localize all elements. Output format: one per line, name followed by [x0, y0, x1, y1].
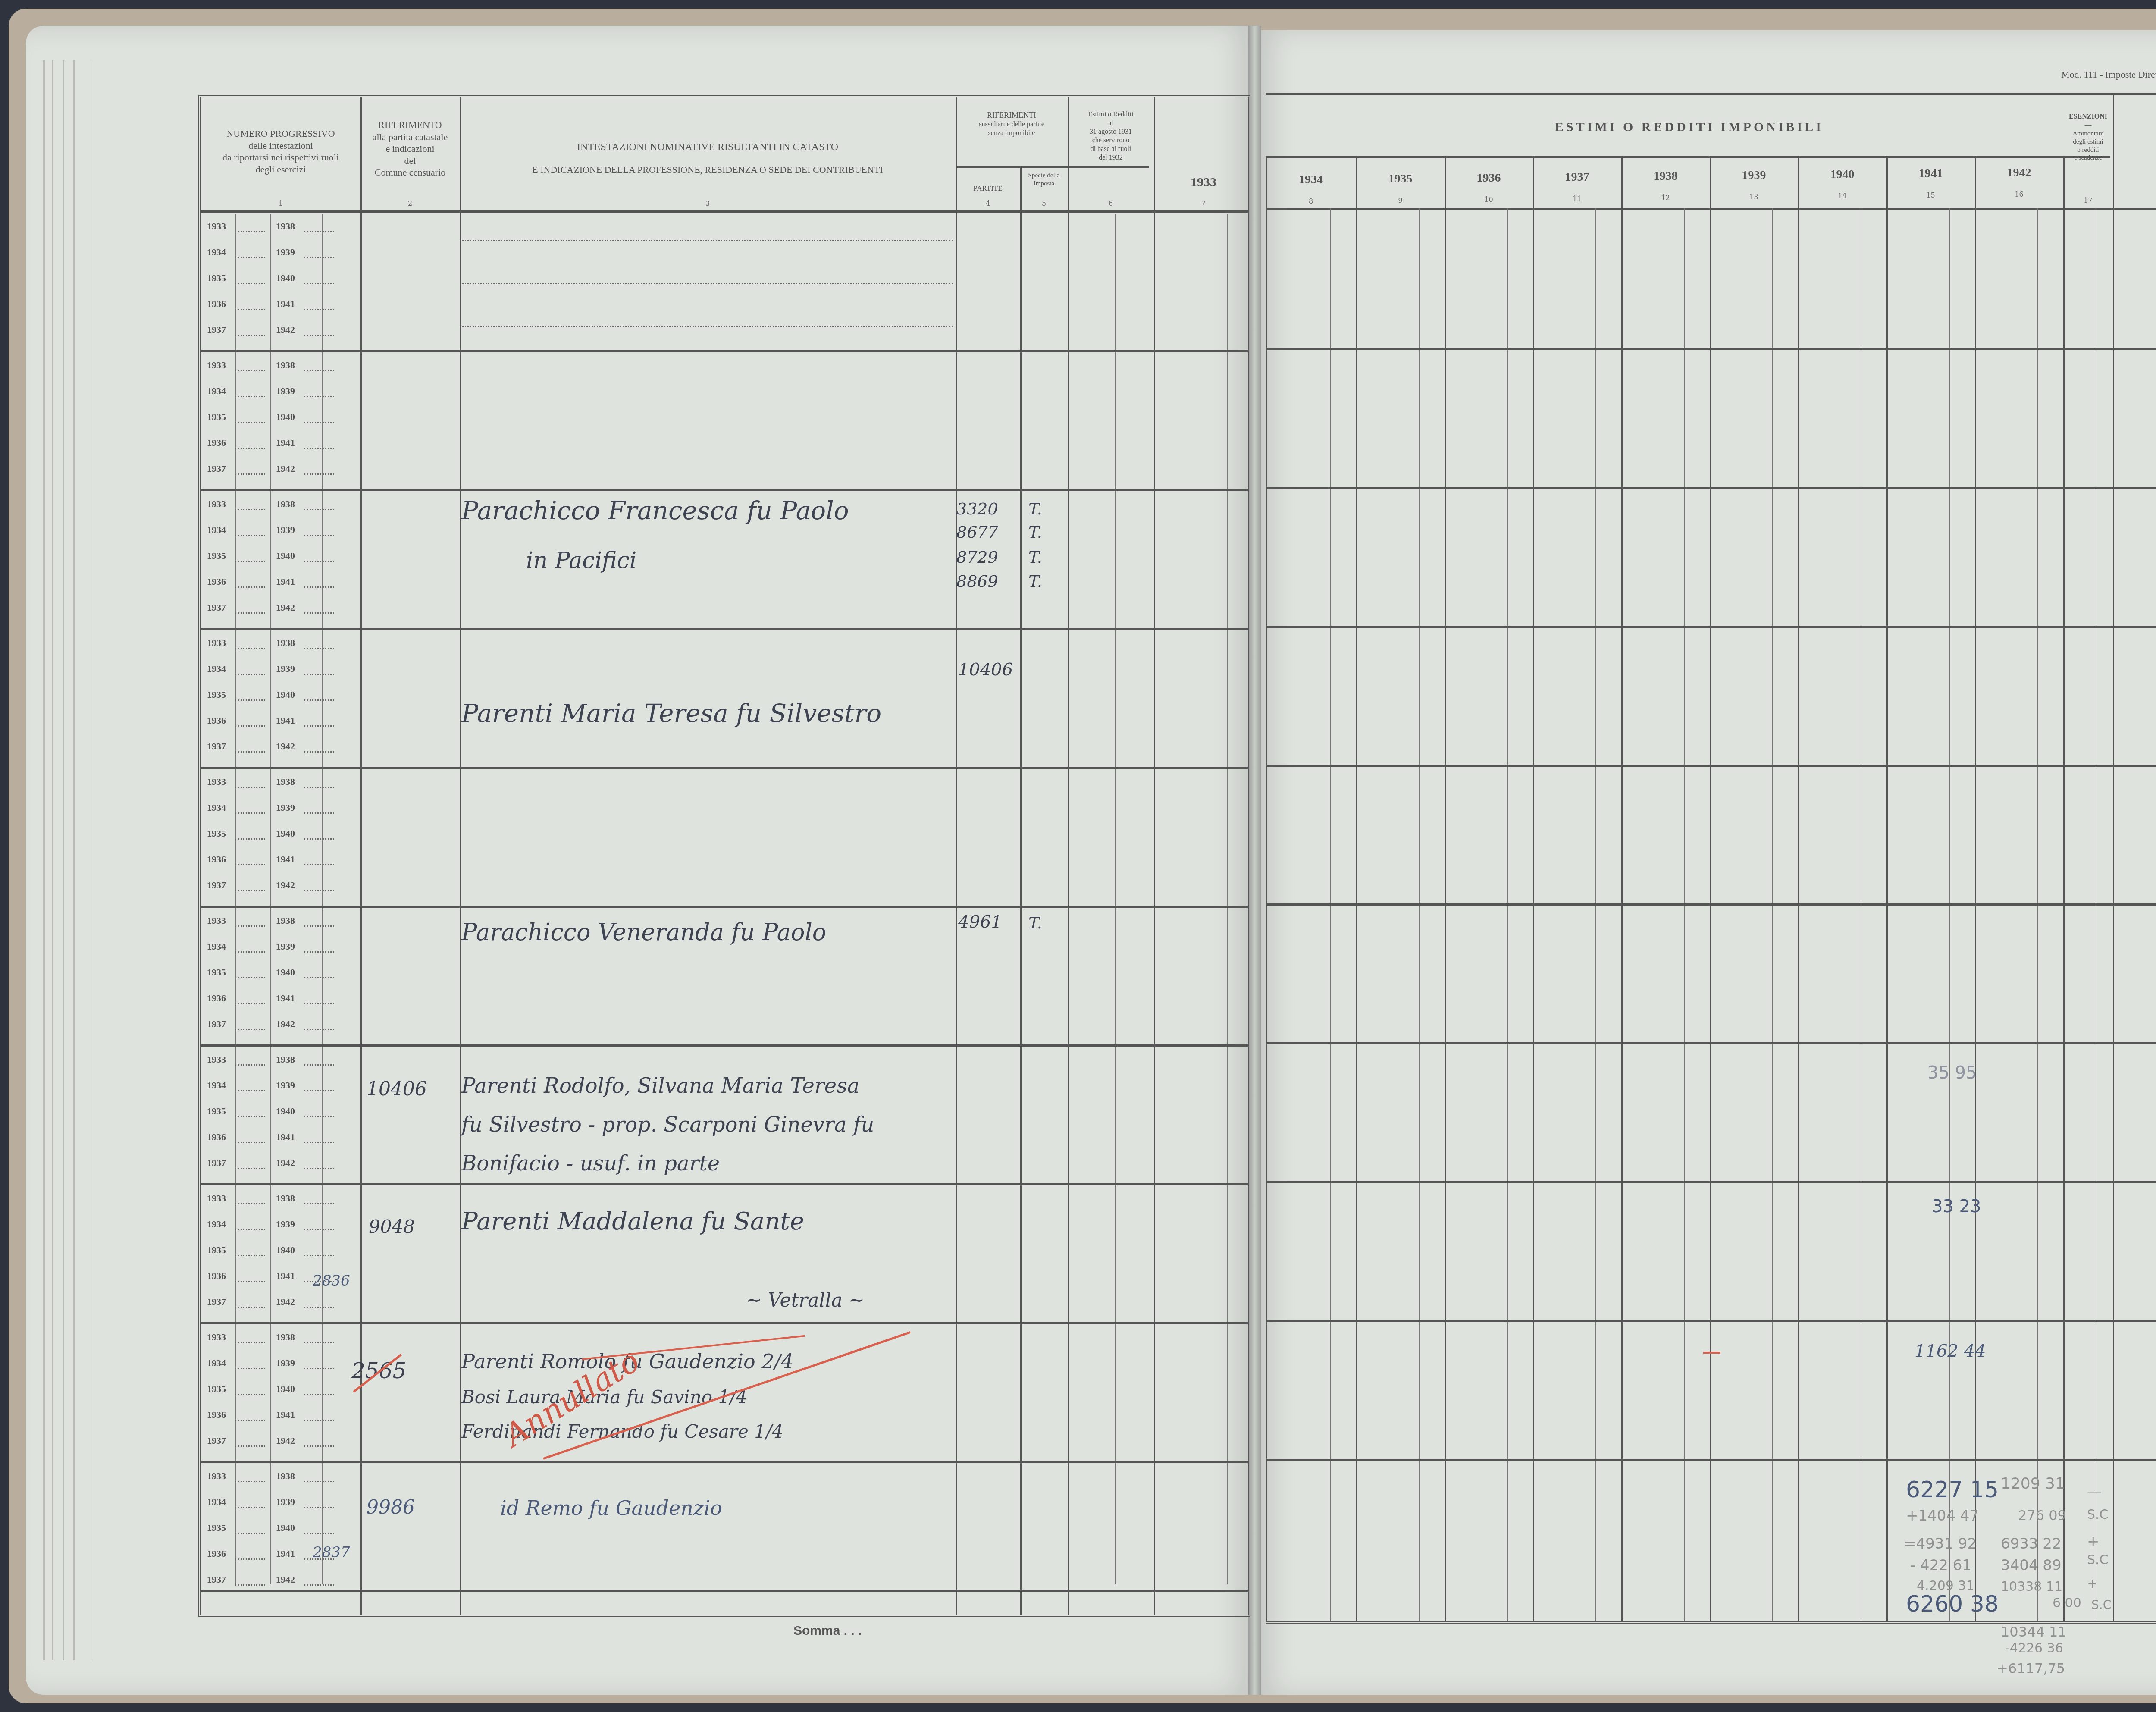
row-separator	[1266, 1320, 2156, 1322]
year-dotted-leader	[235, 309, 265, 310]
year-dotted-leader	[235, 370, 265, 371]
year-dotted-leader	[235, 977, 265, 978]
year-dotted-leader	[304, 473, 334, 475]
col-divider	[1154, 97, 1155, 1615]
year-label: 1941	[276, 1548, 295, 1559]
year-label: 1933	[207, 221, 226, 232]
year-dotted-leader	[304, 586, 334, 588]
year-dotted-leader	[235, 1342, 265, 1343]
year-dotted-leader	[304, 977, 334, 978]
year-dotted-leader	[235, 925, 265, 927]
row-separator	[201, 906, 1248, 908]
entry-ref-number: 10406	[367, 1078, 427, 1100]
col-divider	[1356, 156, 1357, 1621]
year-label: 1941	[276, 1132, 295, 1143]
year-label: 1933	[207, 776, 226, 787]
col-divider	[1068, 97, 1069, 1615]
year-label: 1938	[276, 221, 295, 232]
page-edge	[52, 60, 53, 1660]
header-annotazioni: ANNOTAZIONI	[2113, 143, 2156, 156]
year-dotted-leader	[304, 787, 334, 788]
year-dotted-leader	[304, 1142, 334, 1143]
year-dotted-leader	[304, 1116, 334, 1117]
year-label: 1940	[276, 828, 295, 839]
row-separator	[201, 1183, 1248, 1185]
year-dotted-leader	[304, 612, 334, 614]
year-dotted-leader	[304, 309, 334, 310]
year-dotted-leader	[235, 448, 265, 449]
pencil-calc: —	[2087, 1483, 2102, 1501]
year-label: 1939	[276, 1080, 295, 1091]
entry-name-line: Parachicco Veneranda fu Paolo	[461, 919, 826, 946]
year-dotted-leader	[304, 396, 334, 397]
cents-divider	[1772, 208, 1773, 1621]
year-dotted-leader	[304, 335, 334, 336]
partita-number: 10406	[958, 660, 1013, 680]
row-separator	[1266, 1181, 2156, 1183]
row-separator	[201, 1461, 1248, 1463]
year-label: 1937	[207, 880, 226, 891]
year-label: 1937	[207, 1019, 226, 1030]
year-dotted-leader	[304, 422, 334, 423]
header-divider	[201, 210, 1248, 213]
year-dotted-leader	[235, 1533, 265, 1534]
cents-divider	[1330, 208, 1331, 1621]
year-label: 1939	[276, 247, 295, 258]
pencil-calc: =4931 92	[1904, 1535, 1977, 1552]
group-header-divider	[1266, 156, 2110, 158]
col-number: 11	[1533, 194, 1621, 203]
year-dotted-leader	[235, 535, 265, 536]
pencil-calc: S.C	[2087, 1552, 2109, 1568]
year-dotted-leader	[235, 1142, 265, 1143]
year-label: 1935	[207, 689, 226, 700]
year-dotted-leader	[304, 1481, 334, 1482]
year-dotted-leader	[235, 1116, 265, 1117]
year-label: 1940	[276, 273, 295, 284]
entry-name-line: Parenti Maddalena fu Sante	[461, 1207, 804, 1235]
header-specie-imposta: Specie della Imposta	[1020, 172, 1068, 188]
cents-divider	[2096, 208, 2096, 1621]
year-label: 1937	[207, 463, 226, 474]
cents-divider	[1861, 208, 1861, 1621]
year-label: 1940	[276, 689, 295, 700]
pencil-calc: - 422 61	[1910, 1557, 1971, 1574]
pencil-calc: 276 09	[2018, 1507, 2066, 1524]
year-dotted-leader	[304, 535, 334, 536]
side-number: 2836	[313, 1272, 350, 1289]
pencil-calc: 10338 11	[2001, 1579, 2062, 1594]
year-dotted-leader	[235, 473, 265, 475]
year-label: 1941	[276, 715, 295, 726]
year-dotted-leader	[235, 231, 265, 232]
cents-divider	[1949, 208, 1950, 1621]
row-separator	[1266, 1042, 2156, 1044]
year-dotted-leader	[304, 509, 334, 510]
year-dotted-leader	[235, 1281, 265, 1282]
cents-divider	[1507, 208, 1508, 1621]
partita-number: 8677	[956, 523, 998, 542]
year-label: 1936	[207, 993, 226, 1004]
year-dotted-leader	[304, 1507, 334, 1508]
year-dotted-leader	[304, 1533, 334, 1534]
header-year: 1936	[1445, 171, 1533, 185]
col-subdivider	[1227, 214, 1228, 1584]
header-year: 1939	[1710, 169, 1798, 182]
col-divider	[1887, 156, 1888, 1621]
header-estimi-1931: Estimi o Redditi al 31 agosto 1931 che s…	[1068, 110, 1154, 162]
specie-imposta: T.	[1028, 523, 1042, 542]
year-label: 1937	[207, 741, 226, 752]
year-label: 1938	[276, 360, 295, 371]
year-dotted-leader	[235, 1229, 265, 1230]
header-year: 1940	[1798, 168, 1887, 182]
year-label: 1935	[207, 1522, 226, 1533]
row-separator	[1266, 903, 2156, 906]
year-label: 1936	[207, 576, 226, 587]
ruling	[462, 283, 953, 284]
year-label: 1937	[207, 1157, 226, 1169]
year-dotted-leader	[235, 422, 265, 423]
year-label: 1933	[207, 1054, 226, 1065]
year-dotted-leader	[235, 1090, 265, 1091]
year-label: 1937	[207, 1574, 226, 1585]
year-label: 1942	[276, 602, 295, 613]
year-label: 1936	[207, 715, 226, 726]
year-dotted-leader	[235, 890, 265, 891]
year-dotted-leader	[235, 283, 265, 284]
year-label: 1934	[207, 247, 226, 258]
year-dotted-leader	[304, 1090, 334, 1091]
ruling	[462, 326, 953, 327]
page-edge	[63, 60, 64, 1660]
header-year: 1937	[1533, 170, 1621, 184]
col-number: 10	[1445, 195, 1533, 204]
header-riferimento: RIFERIMENTO alla partita catastale e ind…	[360, 119, 460, 179]
partita-number: 8869	[956, 572, 998, 591]
col-subdivider	[235, 214, 236, 1584]
year-dotted-leader	[304, 1229, 334, 1230]
col-number: 12	[1621, 194, 1710, 202]
side-number: 2837	[313, 1544, 350, 1561]
year-label: 1933	[207, 1332, 226, 1343]
year-dotted-leader	[304, 1445, 334, 1447]
year-dotted-leader	[304, 257, 334, 258]
col-number: 9	[1356, 196, 1445, 204]
value-1941: 33 23	[1932, 1197, 1981, 1217]
col-divider	[1798, 156, 1799, 1621]
year-label: 1933	[207, 637, 226, 649]
col-number: 2	[360, 199, 460, 207]
row-separator	[201, 350, 1248, 352]
pencil-calc: 6 00	[2053, 1596, 2081, 1611]
page-edge	[91, 60, 91, 1660]
value-1941: 1162 44	[1915, 1341, 1986, 1361]
year-label: 1933	[207, 360, 226, 371]
year-label: 1935	[207, 1106, 226, 1117]
form-model-label: Mod. 111 - Imposte Dirette (Intercalare)…	[2061, 69, 2156, 80]
col-number: 17	[2063, 196, 2113, 204]
year-label: 1935	[207, 828, 226, 839]
year-dotted-leader	[304, 1584, 334, 1586]
somma-label: Somma . . .	[793, 1624, 862, 1638]
year-label: 1940	[276, 411, 295, 423]
col-number: 6	[1068, 199, 1154, 207]
pencil-calc: -4226 36	[2005, 1641, 2063, 1656]
col-number: 13	[1710, 193, 1798, 201]
year-dotted-leader	[235, 1584, 265, 1586]
year-dotted-leader	[235, 335, 265, 336]
year-label: 1942	[276, 1435, 295, 1446]
pencil-calc: 6933 22	[2001, 1535, 2062, 1552]
year-label: 1942	[276, 324, 295, 336]
entry-name-line: Bonifacio - usuf. in parte	[461, 1151, 720, 1176]
header-riferimenti-sussidiari: RIFERIMENTI sussidiari e delle partite s…	[956, 110, 1068, 138]
year-label: 1939	[276, 663, 295, 674]
year-label: 1934	[207, 802, 226, 813]
year-label: 1941	[276, 993, 295, 1004]
pencil-calc: +	[2087, 1533, 2100, 1550]
year-dotted-leader	[304, 1307, 334, 1308]
year-dotted-leader	[235, 1003, 265, 1004]
value-1941: 6227 15	[1906, 1477, 1999, 1503]
col-number: 8	[1266, 197, 1356, 205]
header-year: 1941	[1887, 167, 1975, 181]
year-label: 1936	[207, 1548, 226, 1559]
year-dotted-leader	[304, 1203, 334, 1204]
year-label: 1938	[276, 776, 295, 787]
year-dotted-leader	[304, 370, 334, 371]
year-dotted-leader	[304, 283, 334, 284]
year-label: 1939	[276, 1219, 295, 1230]
header-year: 1935	[1356, 172, 1445, 186]
year-label: 1934	[207, 524, 226, 536]
partita-number: 3320	[956, 499, 998, 518]
col-divider	[460, 97, 461, 1615]
pencil-calc: S.C	[2087, 1507, 2109, 1522]
col-subdivider	[322, 214, 323, 1584]
year-label: 1941	[276, 298, 295, 310]
year-dotted-leader	[304, 925, 334, 927]
entry-name-line: Parenti Maria Teresa fu Silvestro	[461, 699, 881, 728]
year-label: 1936	[207, 1132, 226, 1143]
cents-divider	[1419, 208, 1420, 1621]
entry-name-line: id Remo fu Gaudenzio	[500, 1496, 722, 1520]
row-separator	[1266, 487, 2156, 489]
col-divider	[1533, 156, 1534, 1621]
year-label: 1942	[276, 880, 295, 891]
year-label: 1939	[276, 941, 295, 952]
year-dotted-leader	[304, 648, 334, 649]
year-label: 1934	[207, 663, 226, 674]
row-separator	[1266, 1459, 2156, 1461]
year-label: 1938	[276, 637, 295, 649]
year-dotted-leader	[304, 561, 334, 562]
year-label: 1933	[207, 1193, 226, 1204]
year-dotted-leader	[235, 1558, 265, 1560]
year-label: 1938	[276, 1332, 295, 1343]
year-dotted-leader	[235, 864, 265, 865]
year-label: 1939	[276, 386, 295, 397]
page-edge	[43, 60, 45, 1660]
value-1941: 35 95	[1927, 1063, 1977, 1083]
col-divider	[1266, 156, 1267, 1621]
year-dotted-leader	[304, 1003, 334, 1004]
year-label: 1940	[276, 1383, 295, 1395]
col-divider	[2113, 95, 2114, 1621]
col-number: 3	[460, 199, 956, 207]
pencil-calc: +6117,75	[1996, 1660, 2065, 1677]
specie-imposta: T.	[1028, 548, 1042, 567]
year-dotted-leader	[235, 751, 265, 753]
year-label: 1933	[207, 1471, 226, 1482]
year-dotted-leader	[304, 231, 334, 232]
year-dotted-leader	[235, 1507, 265, 1508]
year-label: 1934	[207, 1358, 226, 1369]
entry-name-line: ~ Vetralla ~	[746, 1289, 865, 1311]
year-dotted-leader	[235, 951, 265, 953]
year-dotted-leader	[235, 1394, 265, 1395]
entry-name-line: Parachicco Francesca fu Paolo	[461, 496, 849, 525]
header-year: 1938	[1621, 169, 1710, 183]
header-partite: PARTITE	[956, 184, 1020, 193]
partita-number: 4961	[958, 912, 1002, 932]
pencil-calc: 4.209 31	[1917, 1578, 1974, 1593]
header-subdivider	[956, 166, 1149, 168]
ruling	[462, 240, 953, 241]
year-dotted-leader	[304, 725, 334, 727]
row-separator	[1266, 626, 2156, 628]
row-separator	[1266, 765, 2156, 767]
year-label: 1937	[207, 1435, 226, 1446]
year-dotted-leader	[304, 838, 334, 840]
col-number: 5	[1020, 199, 1068, 207]
year-label: 1935	[207, 1383, 226, 1395]
year-dotted-leader	[235, 1481, 265, 1482]
year-dotted-leader	[304, 1368, 334, 1369]
col-divider	[2063, 156, 2065, 1621]
year-dotted-leader	[304, 951, 334, 953]
year-dotted-leader	[304, 1064, 334, 1066]
year-label: 1936	[207, 1270, 226, 1282]
year-dotted-leader	[235, 674, 265, 675]
year-dotted-leader	[304, 1420, 334, 1421]
year-label: 1942	[276, 1296, 295, 1308]
year-label: 1934	[207, 941, 226, 952]
year-dotted-leader	[304, 699, 334, 701]
red-mark	[1703, 1352, 1720, 1354]
col-subdivider	[1115, 214, 1116, 1584]
specie-imposta: T.	[1028, 572, 1042, 591]
year-dotted-leader	[235, 838, 265, 840]
col-number: 4	[956, 199, 1020, 207]
col-divider	[1621, 156, 1623, 1621]
col-divider	[1710, 156, 1711, 1621]
header-esenzioni: ESENZIONI — Ammontare degli estimi o red…	[2063, 113, 2113, 162]
year-dotted-leader	[304, 890, 334, 891]
year-label: 1934	[207, 1496, 226, 1508]
year-label: 1936	[207, 854, 226, 865]
year-label: 1933	[207, 499, 226, 510]
year-dotted-leader	[235, 1203, 265, 1204]
pencil-calc: S.C	[2091, 1598, 2111, 1612]
year-label: 1939	[276, 1496, 295, 1508]
page-edge	[73, 60, 75, 1660]
year-label: 1935	[207, 411, 226, 423]
year-label: 1939	[276, 1358, 295, 1369]
col-divider	[1020, 166, 1022, 1615]
year-dotted-leader	[235, 1368, 265, 1369]
year-label: 1934	[207, 1080, 226, 1091]
year-dotted-leader	[304, 448, 334, 449]
entry-name-line: in Pacifici	[526, 548, 637, 574]
year-label: 1937	[207, 324, 226, 336]
year-label: 1933	[207, 915, 226, 926]
year-label: 1942	[276, 741, 295, 752]
row-separator	[201, 628, 1248, 630]
cents-divider	[1595, 208, 1596, 1621]
row-separator	[201, 1044, 1248, 1047]
year-label: 1939	[276, 524, 295, 536]
header-year: 1934	[1266, 173, 1356, 187]
col-number: 1	[201, 199, 360, 207]
year-dotted-leader	[304, 864, 334, 865]
year-label: 1941	[276, 854, 295, 865]
col-number: 7	[1154, 199, 1253, 207]
year-dotted-leader	[235, 257, 265, 258]
header-intestazioni: INTESTAZIONI NOMINATIVE RISULTANTI IN CA…	[460, 141, 956, 176]
row-separator	[201, 1322, 1248, 1324]
year-dotted-leader	[235, 586, 265, 588]
year-label: 1936	[207, 1409, 226, 1420]
col-number: 18	[2113, 196, 2156, 204]
year-label: 1941	[276, 1409, 295, 1420]
col-subdivider	[270, 214, 271, 1584]
row-separator	[201, 767, 1248, 769]
partita-number: 8729	[956, 548, 998, 567]
year-dotted-leader	[304, 1394, 334, 1395]
year-label: 1942	[276, 1019, 295, 1030]
year-label: 1941	[276, 576, 295, 587]
year-dotted-leader	[235, 787, 265, 788]
entry-name-line: Parenti Rodolfo, Silvana Maria Teresa	[461, 1074, 859, 1098]
year-dotted-leader	[304, 812, 334, 814]
year-label: 1940	[276, 967, 295, 978]
year-label: 1934	[207, 386, 226, 397]
pencil-calc: 3404 89	[2001, 1557, 2062, 1574]
col-divider	[956, 97, 957, 1615]
col-divider	[1445, 156, 1446, 1621]
pencil-calc: +1404 47	[1906, 1507, 1979, 1524]
year-dotted-leader	[235, 1255, 265, 1256]
col-number: 14	[1798, 192, 1887, 200]
year-label: 1940	[276, 1106, 295, 1117]
somma-separator	[201, 1590, 1248, 1592]
year-label: 1937	[207, 602, 226, 613]
year-label: 1942	[276, 1574, 295, 1585]
year-label: 1938	[276, 1193, 295, 1204]
year-label: 1938	[276, 1471, 295, 1482]
year-label: 1935	[207, 1245, 226, 1256]
year-dotted-leader	[304, 1342, 334, 1343]
right-register-table: ESTIMI O REDDITI IMPONIBILI 1934 1935 19…	[1266, 93, 2156, 1624]
year-dotted-leader	[304, 1029, 334, 1030]
year-dotted-leader	[235, 1307, 265, 1308]
year-label: 1942	[276, 1157, 295, 1169]
cents-divider	[2037, 208, 2038, 1621]
header-estimi-redditi-imponibili: ESTIMI O REDDITI IMPONIBILI	[1266, 119, 2113, 135]
entry-name-line: fu Silvestro - prop. Scarponi Ginevra fu	[461, 1113, 874, 1137]
